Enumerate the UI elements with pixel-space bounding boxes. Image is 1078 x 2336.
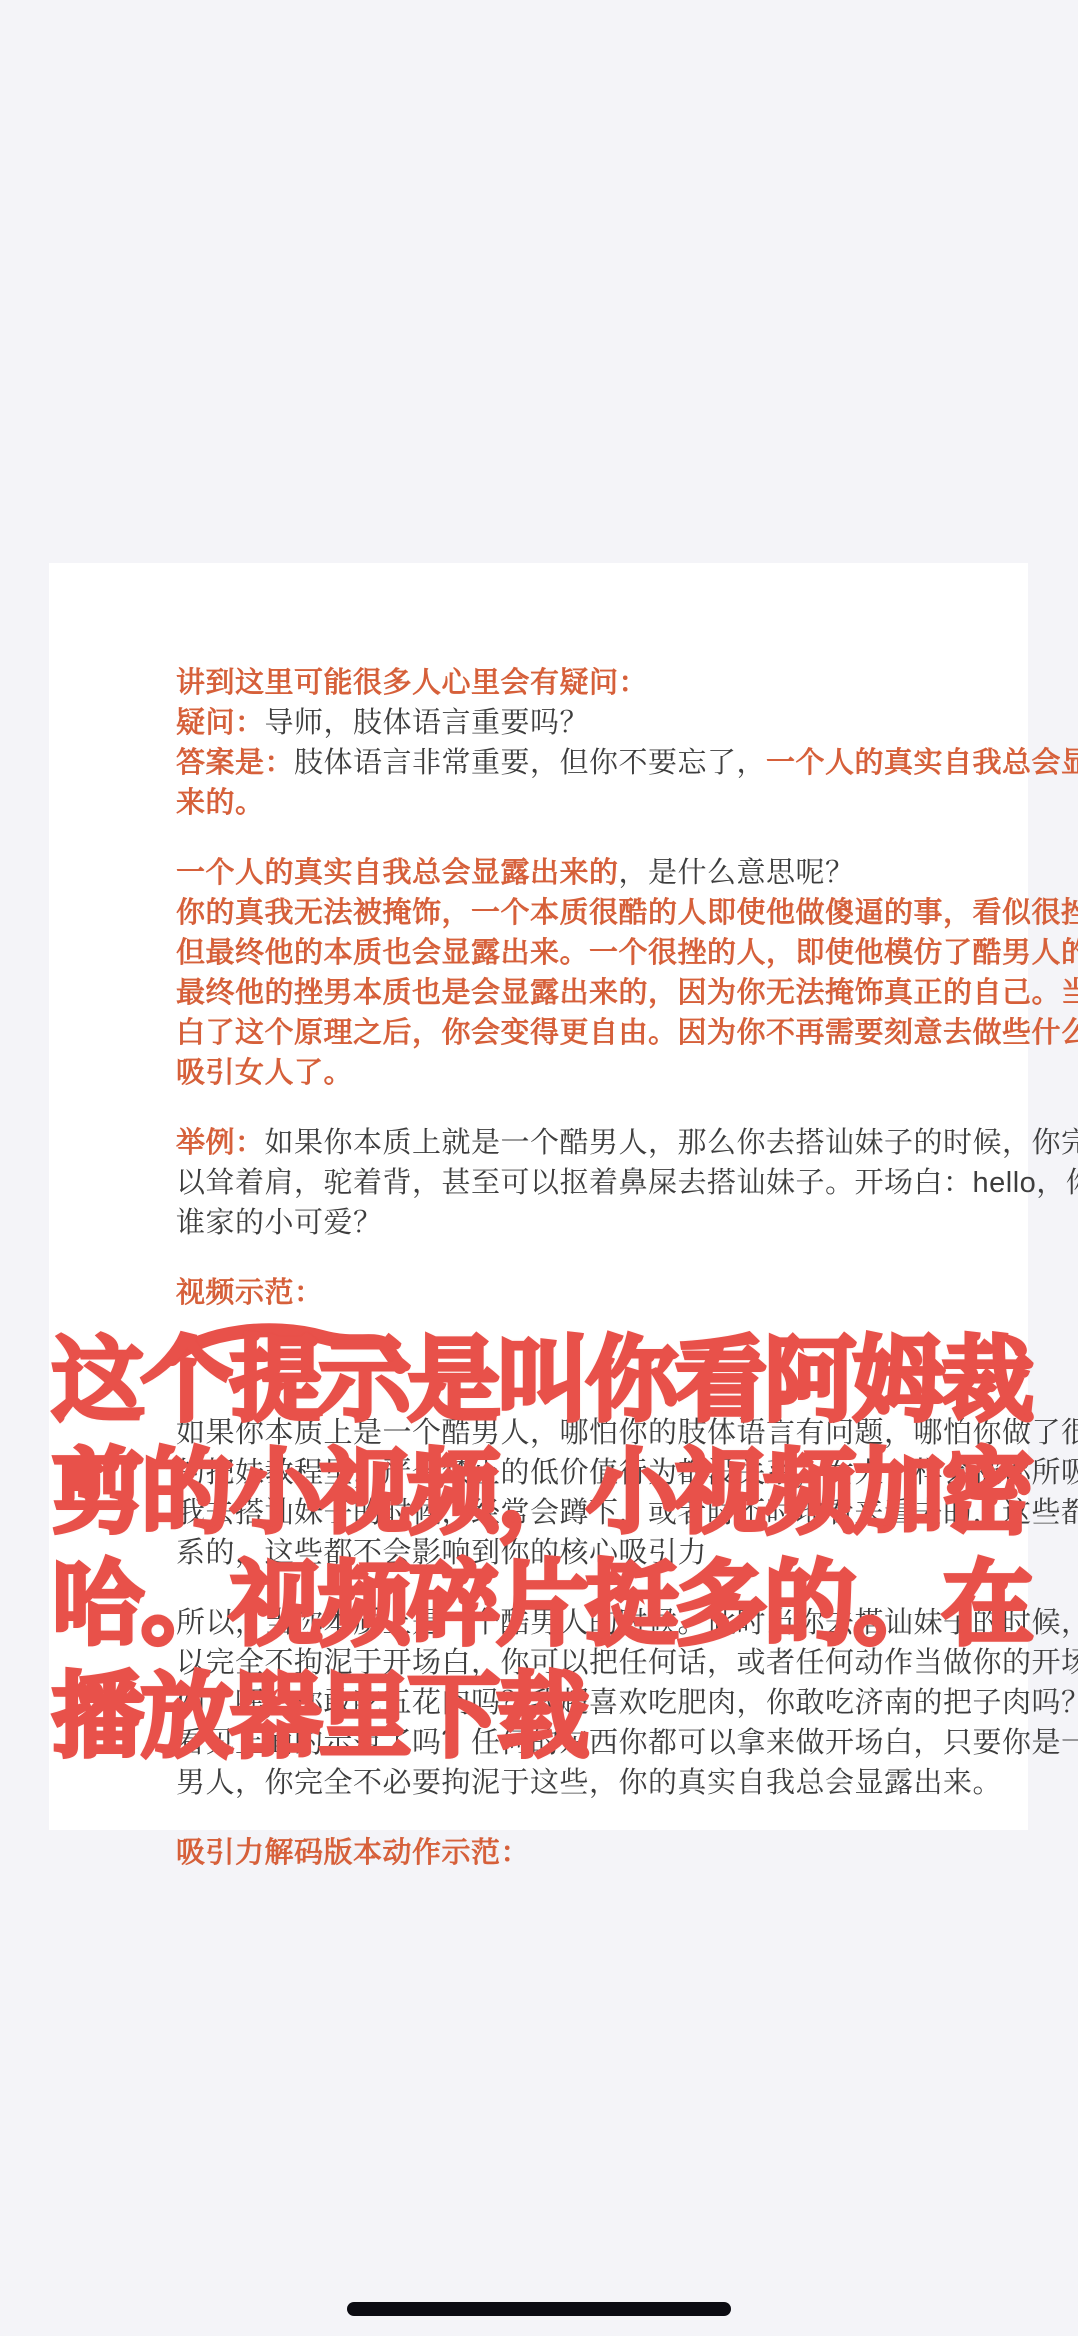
- body-text: 例：嘿，你敢吃五花肉吗？我超喜欢吃肥肉，你敢吃济南的把子肉吗？: [176, 1687, 1078, 1719]
- text-line: 吸引力解码版本动作示范：: [176, 1833, 966, 1873]
- body-text: 谁家的小可爱？: [176, 1207, 383, 1239]
- emphasis-text: 来的。: [176, 787, 265, 819]
- text-line: 所以，当你本质上是一个酷男人的时候。此时当你去搭讪妹子的时候，你可: [176, 1603, 966, 1643]
- body-text: 男人，你完全不必要拘泥于这些，你的真实自我总会显露出来。: [176, 1767, 1002, 1799]
- text-block-decode-demo-label: 吸引力解码版本动作示范：: [176, 1833, 966, 1873]
- body-text: 我去搭讪妹子的时候，经常会蹲下，或者时不时地看来看去的，这些都没关: [176, 1497, 1078, 1529]
- text-block-video-demo-label: 视频示范：: [176, 1273, 966, 1383]
- text-line: 视频示范：: [176, 1273, 966, 1313]
- text-line: 一个人的真实自我总会显露出来的，是什么意思呢？: [176, 853, 966, 893]
- text-line: 但最终他的本质也会显露出来。一个很挫的人，即使他模仿了酷男人的行为，: [176, 933, 966, 973]
- emphasis-text: 一个人的真实自我总会显露出: [766, 747, 1078, 779]
- text-line: 我去搭讪妹子的时候，经常会蹲下，或者时不时地看来看去的，这些都没关: [176, 1493, 966, 1533]
- text-line: 以完全不拘泥于开场白，你可以把任何话，或者任何动作当做你的开场白: [176, 1643, 966, 1683]
- text-block-opener-paragraph: 所以，当你本质上是一个酷男人的时候。此时当你去搭讪妹子的时候，你可以完全不拘泥于…: [176, 1603, 966, 1803]
- text-line: 谁家的小可爱？: [176, 1203, 966, 1243]
- text-line: 如果你本质上是一个酷男人，哪怕你的肢体语言有问题，哪怕你做了很多别: [176, 1413, 966, 1453]
- body-text: 所以，当你本质上是一个酷男人的时候。此时当你去搭讪妹子的时候，你可: [176, 1607, 1078, 1639]
- text-line: 的把妹教程里，严令禁止的低价值行为都没关系，女人一样会被你所吸引。: [176, 1453, 966, 1493]
- phone-screen: 讲到这里可能很多人心里会有疑问：疑问：导师，肢体语言重要吗？答案是：肢体语言非常…: [0, 0, 1078, 2336]
- body-text: 的把妹教程里，严令禁止的低价值行为都没关系，女人一样会被你所吸引。: [176, 1457, 1078, 1489]
- body-text: 导师，肢体语言重要吗？: [265, 707, 590, 739]
- emphasis-text: 疑问：: [176, 707, 265, 739]
- text-block-cool-man-paragraph: 如果你本质上是一个酷男人，哪怕你的肢体语言有问题，哪怕你做了很多别的把妹教程里，…: [176, 1413, 966, 1573]
- text-line: 吸引女人了。: [176, 1053, 966, 1093]
- emphasis-text: 答案是：: [176, 747, 294, 779]
- emphasis-text: 最终他的挫男本质也是会显露出来的，因为你无法掩饰真正的自己。当你明: [176, 977, 1078, 1009]
- emphasis-text: 白了这个原理之后，你会变得更自由。因为你不再需要刻意去做些什么就能: [176, 1017, 1078, 1049]
- text-line: 讲到这里可能很多人心里会有疑问：: [176, 663, 966, 703]
- body-text: 系的，这些都不会影响到你的核心吸引力: [176, 1537, 707, 1569]
- text-line: 白了这个原理之后，你会变得更自由。因为你不再需要刻意去做些什么就能: [176, 1013, 966, 1053]
- text-block-example: 举例：如果你本质上就是一个酷男人，那么你去搭讪妹子的时候，你完全可以耸着肩，驼着…: [176, 1123, 966, 1243]
- body-text: 以完全不拘泥于开场白，你可以把任何话，或者任何动作当做你的开场白: [176, 1647, 1078, 1679]
- home-indicator-bar[interactable]: [347, 2302, 731, 2316]
- body-text: 看见上面的示范了吗？任何的东西你都可以拿来做开场白，只要你是一个酷: [176, 1727, 1078, 1759]
- body-text: 如果你本质上就是一个酷男人，那么你去搭讪妹子的时候，你完全可: [265, 1127, 1078, 1159]
- text-line: 来的。: [176, 783, 966, 823]
- red-swoosh-underline-icon: [162, 1317, 966, 1383]
- document-card: 讲到这里可能很多人心里会有疑问：疑问：导师，肢体语言重要吗？答案是：肢体语言非常…: [49, 563, 1028, 1830]
- emphasis-text: 吸引力解码版本动作示范：: [176, 1837, 530, 1869]
- text-line: 系的，这些都不会影响到你的核心吸引力: [176, 1533, 966, 1573]
- body-text: ，是什么意思呢？: [619, 857, 855, 889]
- emphasis-text: 一个人的真实自我总会显露出来的: [176, 857, 619, 889]
- text-block-question-intro: 讲到这里可能很多人心里会有疑问：疑问：导师，肢体语言重要吗？答案是：肢体语言非常…: [176, 663, 966, 823]
- text-line: 答案是：肢体语言非常重要，但你不要忘了，一个人的真实自我总会显露出: [176, 743, 966, 783]
- text-line: 举例：如果你本质上就是一个酷男人，那么你去搭讪妹子的时候，你完全可: [176, 1123, 966, 1163]
- text-line: 看见上面的示范了吗？任何的东西你都可以拿来做开场白，只要你是一个酷: [176, 1723, 966, 1763]
- text-line: 最终他的挫男本质也是会显露出来的，因为你无法掩饰真正的自己。当你明: [176, 973, 966, 1013]
- text-line: 疑问：导师，肢体语言重要吗？: [176, 703, 966, 743]
- text-line: 男人，你完全不必要拘泥于这些，你的真实自我总会显露出来。: [176, 1763, 966, 1803]
- text-line: 例：嘿，你敢吃五花肉吗？我超喜欢吃肥肉，你敢吃济南的把子肉吗？: [176, 1683, 966, 1723]
- emphasis-text: 你的真我无法被掩饰，一个本质很酷的人即使他做傻逼的事，看似很挫的事，: [176, 897, 1078, 929]
- text-line: 你的真我无法被掩饰，一个本质很酷的人即使他做傻逼的事，看似很挫的事，: [176, 893, 966, 933]
- body-text: 以耸着肩，驼着背，甚至可以抠着鼻屎去搭讪妹子。开场白：hello，你是: [176, 1167, 1078, 1199]
- body-text: 如果你本质上是一个酷男人，哪怕你的肢体语言有问题，哪怕你做了很多别: [176, 1417, 1078, 1449]
- emphasis-text: 讲到这里可能很多人心里会有疑问：: [176, 667, 648, 699]
- text-block-true-self-explanation: 一个人的真实自我总会显露出来的，是什么意思呢？你的真我无法被掩饰，一个本质很酷的…: [176, 853, 966, 1093]
- body-text: 肢体语言非常重要，但你不要忘了，: [294, 747, 766, 779]
- emphasis-text: 举例：: [176, 1127, 265, 1159]
- text-line: 以耸着肩，驼着背，甚至可以抠着鼻屎去搭讪妹子。开场白：hello，你是: [176, 1163, 966, 1203]
- emphasis-text: 吸引女人了。: [176, 1057, 353, 1089]
- emphasis-text: 视频示范：: [176, 1277, 324, 1309]
- emphasis-text: 但最终他的本质也会显露出来。一个很挫的人，即使他模仿了酷男人的行为，: [176, 937, 1078, 969]
- document-body: 讲到这里可能很多人心里会有疑问：疑问：导师，肢体语言重要吗？答案是：肢体语言非常…: [176, 663, 966, 1903]
